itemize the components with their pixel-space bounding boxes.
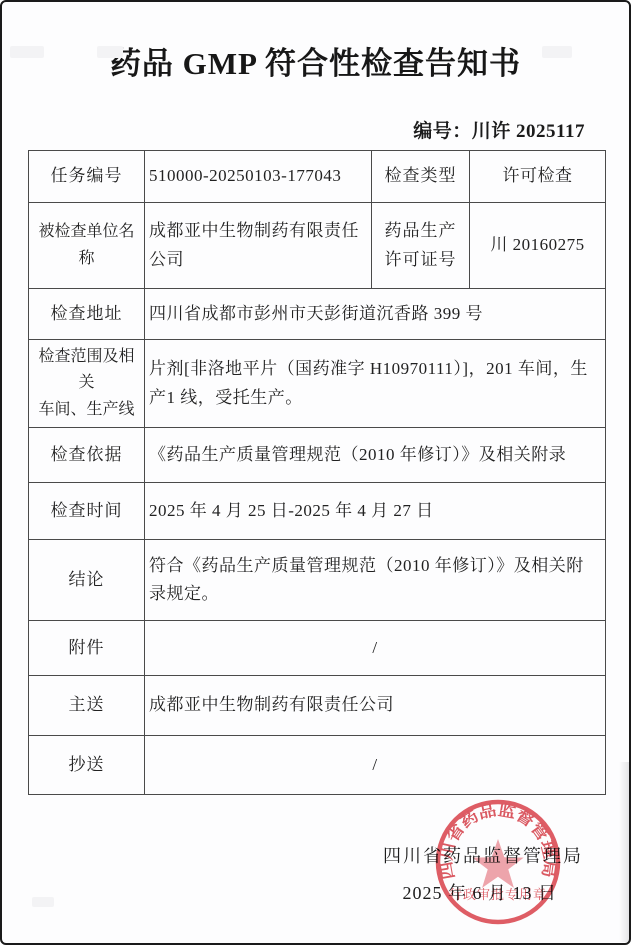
main-send-value: 成都亚中生物制药有限责任公司: [145, 676, 606, 736]
task-no-value: 510000-20250103-177043: [145, 151, 372, 203]
address-label: 检查地址: [29, 289, 145, 340]
scan-smudge: [10, 46, 44, 58]
main-send-label: 主送: [29, 676, 145, 736]
scan-smudge: [97, 46, 123, 58]
license-no-label: 药品生产许可证号: [372, 203, 470, 289]
table-row-task-no: 任务编号 510000-20250103-177043 检查类型 许可检查: [29, 151, 606, 203]
table-row-main-send: 主送 成都亚中生物制药有限责任公司: [29, 676, 606, 736]
inspected-unit-value: 成都亚中生物制药有限责任公司: [145, 203, 372, 289]
doc-number: 编号：川许 2025117: [413, 116, 585, 143]
document-title: 药品 GMP 符合性检查告知书: [2, 2, 629, 83]
scope-label: 检查范围及相关 车间、生产线: [29, 340, 145, 428]
time-label: 检查时间: [29, 483, 145, 540]
scan-smudge: [542, 46, 572, 58]
table-row-conclusion: 结论 符合《药品生产质量管理规范（2010 年修订）》及相关附录规定。: [29, 540, 606, 621]
conclusion-value: 符合《药品生产质量管理规范（2010 年修订）》及相关附录规定。: [145, 540, 606, 621]
license-no-value: 川 20160275: [470, 203, 606, 289]
table-row-scope: 检查范围及相关 车间、生产线 片剂[非洛地平片（国药准字 H10970111）]…: [29, 340, 606, 428]
table-row-cc: 抄送 /: [29, 736, 606, 795]
scan-smudge: [32, 897, 54, 907]
cc-value: /: [145, 736, 606, 795]
table-row-basis: 检查依据 《药品生产质量管理规范（2010 年修订）》及相关附录: [29, 428, 606, 483]
document-page: 药品 GMP 符合性检查告知书 编号：川许 2025117 任务编号 51000…: [0, 0, 631, 945]
inspection-form-table: 任务编号 510000-20250103-177043 检查类型 许可检查 被检…: [28, 150, 606, 795]
address-value: 四川省成都市彭州市天彭街道沉香路 399 号: [145, 289, 606, 340]
table-row-time: 检查时间 2025 年 4 月 25 日-2025 年 4 月 27 日: [29, 483, 606, 540]
scan-edge-shadow: [619, 762, 629, 942]
inspected-unit-label: 被检查单位名称: [29, 203, 145, 289]
table-row-attachment: 附件 /: [29, 621, 606, 676]
conclusion-label: 结论: [29, 540, 145, 621]
cc-label: 抄送: [29, 736, 145, 795]
table-row-address: 检查地址 四川省成都市彭州市天彭街道沉香路 399 号: [29, 289, 606, 340]
inspection-type-label: 检查类型: [372, 151, 470, 203]
time-value: 2025 年 4 月 25 日-2025 年 4 月 27 日: [145, 483, 606, 540]
task-no-label: 任务编号: [29, 151, 145, 203]
basis-value: 《药品生产质量管理规范（2010 年修订）》及相关附录: [145, 428, 606, 483]
official-seal: 四川省药品监督管理局 行政审批专用章: [429, 794, 567, 932]
attachment-value: /: [145, 621, 606, 676]
seal-caption: 行政审批专用章: [449, 887, 547, 902]
basis-label: 检查依据: [29, 428, 145, 483]
scope-value: 片剂[非洛地平片（国药准字 H10970111）]，201 车间，生产1 线，受…: [145, 340, 606, 428]
seal-star: [472, 839, 523, 888]
table-row-inspected-unit: 被检查单位名称 成都亚中生物制药有限责任公司 药品生产许可证号 川 201602…: [29, 203, 606, 289]
inspection-type-value: 许可检查: [470, 151, 606, 203]
attachment-label: 附件: [29, 621, 145, 676]
